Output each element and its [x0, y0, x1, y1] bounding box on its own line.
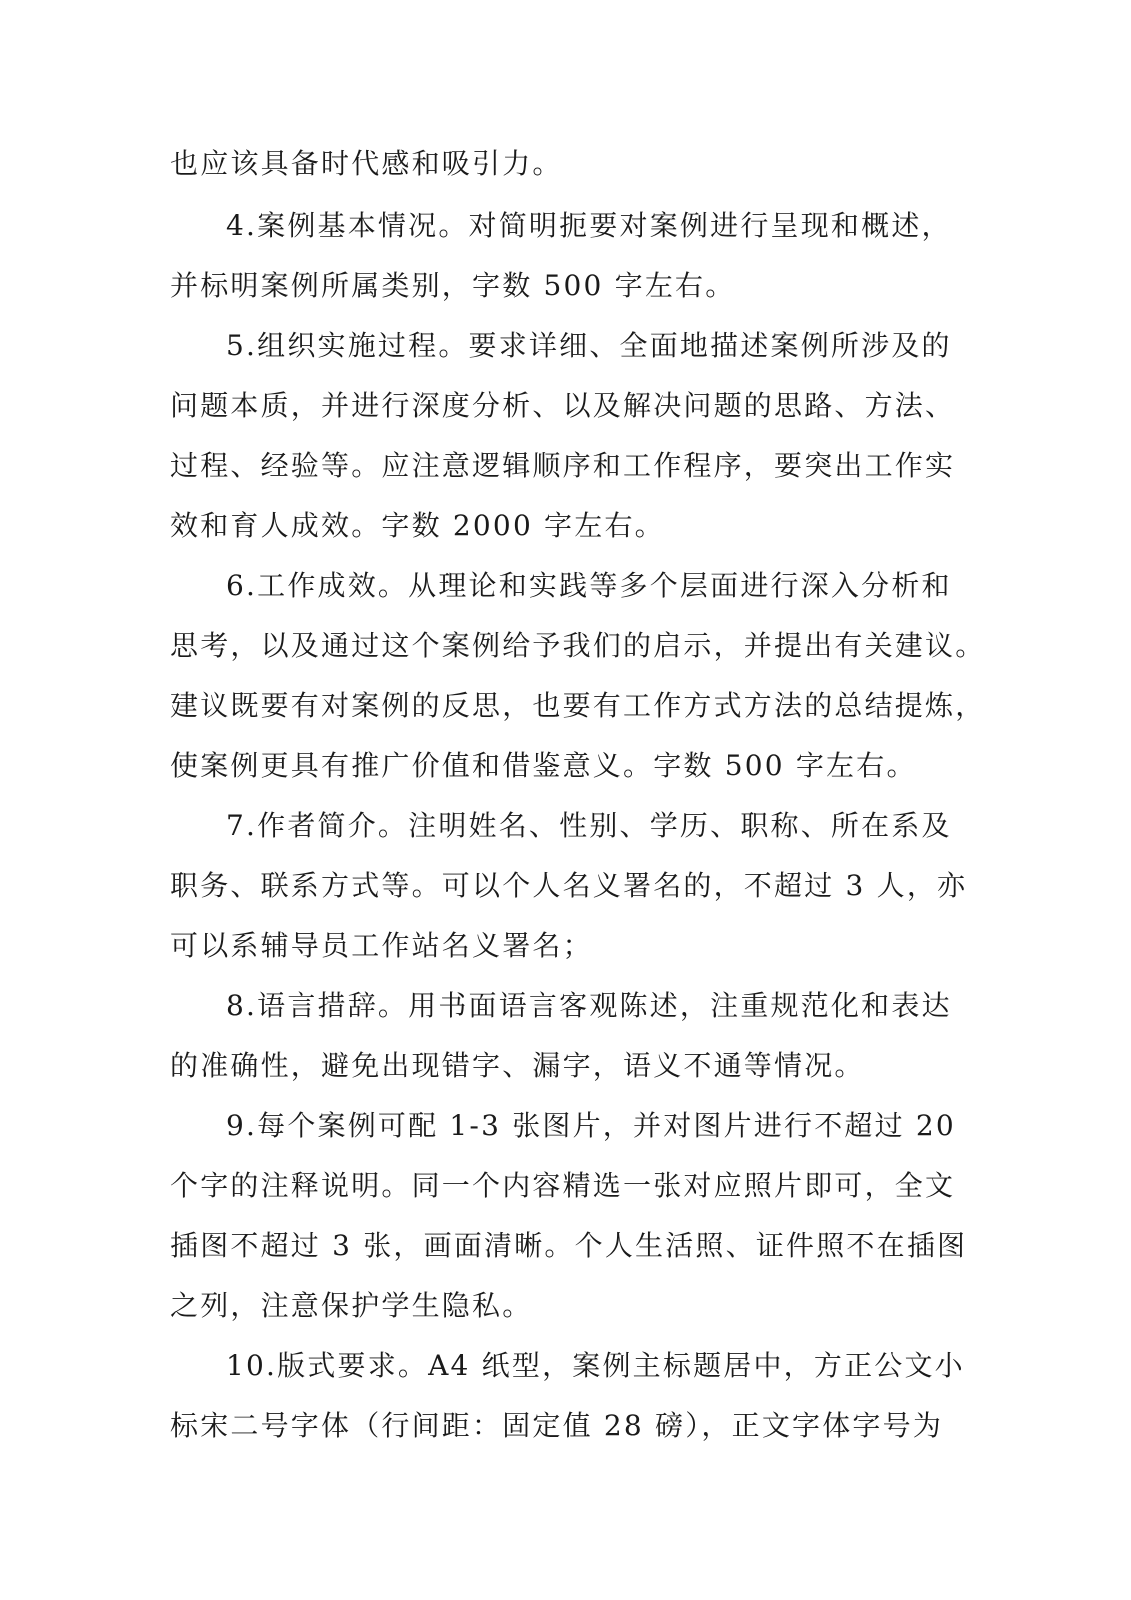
item-5-implementation-line-1: 5.组织实施过程。要求详细、全面地描述案例所涉及的 — [226, 326, 952, 366]
item-9-images-line-2: 个字的注释说明。同一个内容精选一张对应照片即可，全文 — [170, 1166, 955, 1206]
paragraph-3-continuation: 也应该具备时代感和吸引力。 — [170, 144, 563, 184]
item-5-implementation-line-3: 过程、经验等。应注意逻辑顺序和工作程序，要突出工作实 — [170, 446, 955, 486]
item-6-outcomes-line-1: 6.工作成效。从理论和实践等多个层面进行深入分析和 — [226, 566, 952, 606]
item-8-language-line-1: 8.语言措辞。用书面语言客观陈述，注重规范化和表达 — [226, 986, 952, 1026]
item-6-outcomes-line-2: 思考，以及通过这个案例给予我们的启示，并提出有关建议。 — [170, 626, 985, 666]
item-10-format-line-2: 标宋二号字体（行间距：固定值 28 磅），正文字体字号为 — [170, 1406, 943, 1446]
item-5-implementation-line-2: 问题本质，并进行深度分析、以及解决问题的思路、方法、 — [170, 386, 955, 426]
item-9-images-line-1: 9.每个案例可配 1-3 张图片，并对图片进行不超过 20 — [226, 1106, 956, 1146]
item-7-author-bio-line-3: 可以系辅导员工作站名义署名； — [170, 926, 593, 966]
item-4-case-basic-info-line-1: 4.案例基本情况。对简明扼要对案例进行呈现和概述， — [226, 206, 952, 246]
item-6-outcomes-line-4: 使案例更具有推广价值和借鉴意义。字数 500 字左右。 — [170, 746, 917, 786]
item-6-outcomes-line-3: 建议既要有对案例的反思，也要有工作方式方法的总结提炼， — [170, 686, 985, 726]
item-5-implementation-line-4: 效和育人成效。字数 2000 字左右。 — [170, 506, 665, 546]
item-4-case-basic-info-line-2: 并标明案例所属类别，字数 500 字左右。 — [170, 266, 735, 306]
item-9-images-line-4: 之列，注意保护学生隐私。 — [170, 1286, 532, 1326]
item-8-language-line-2: 的准确性，避免出现错字、漏字，语义不通等情况。 — [170, 1046, 865, 1086]
item-10-format-line-1: 10.版式要求。A4 纸型，案例主标题居中，方正公文小 — [226, 1346, 965, 1386]
item-9-images-line-3: 插图不超过 3 张，画面清晰。个人生活照、证件照不在插图 — [170, 1226, 967, 1266]
item-7-author-bio-line-2: 职务、联系方式等。可以个人名义署名的，不超过 3 人，亦 — [170, 866, 967, 906]
document-page: 也应该具备时代感和吸引力。 4.案例基本情况。对简明扼要对案例进行呈现和概述， … — [0, 0, 1131, 1600]
item-7-author-bio-line-1: 7.作者简介。注明姓名、性别、学历、职称、所在系及 — [226, 806, 952, 846]
